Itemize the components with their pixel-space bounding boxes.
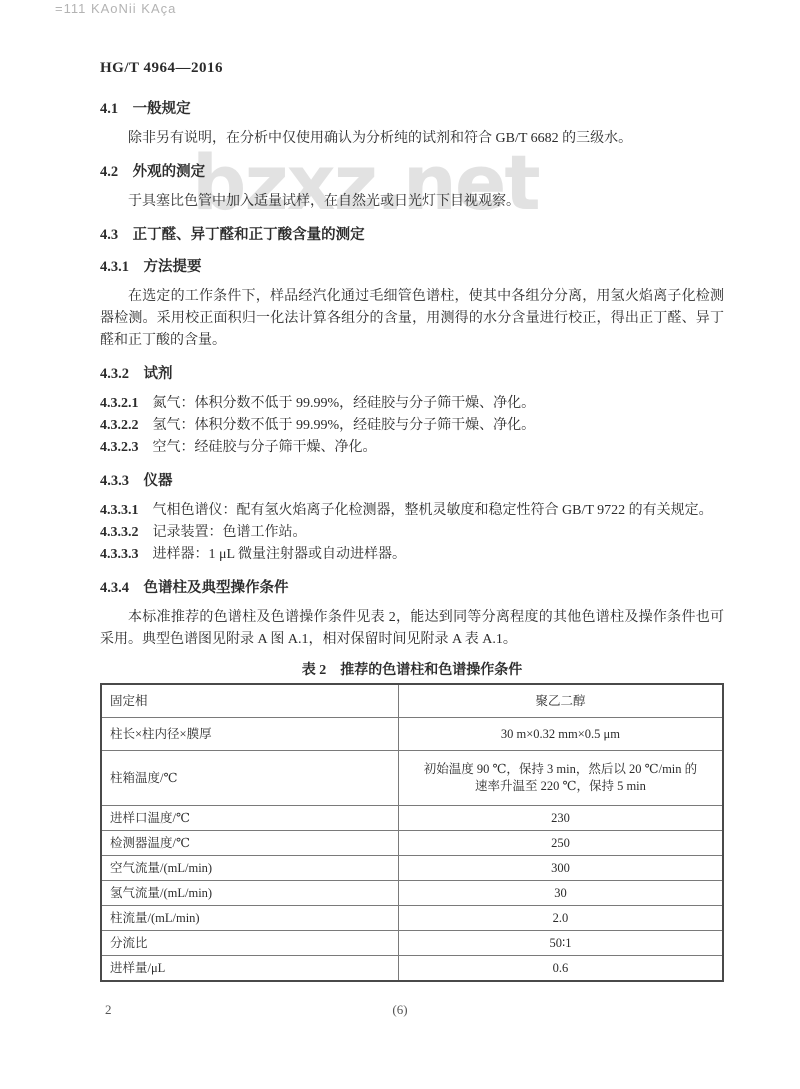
footer-center-number: (6) — [0, 1002, 800, 1018]
paragraph: 除非另有说明，在分析中仅使用确认为分析纯的试剂和符合 GB/T 6682 的三级… — [100, 128, 724, 150]
table-row: 进样量/μL0.6 — [101, 956, 723, 982]
clause-number: 4.3.3.2 — [100, 525, 139, 540]
table-row: 进样口温度/℃230 — [101, 806, 723, 831]
clause-text: 进样器：1 μL 微量注射器或自动进样器。 — [153, 547, 407, 562]
table-caption: 表 2 推荐的色谱柱和色谱操作条件 — [100, 659, 724, 679]
section-heading: 4.3.2 试剂 — [100, 364, 724, 384]
row-value: 聚乙二醇 — [398, 684, 723, 718]
clause-number: 4.3.3.1 — [100, 503, 139, 518]
clause-text: 记录装置：色谱工作站。 — [153, 525, 307, 540]
row-value: 250 — [398, 831, 723, 856]
section-heading: 4.2 外观的测定 — [100, 162, 724, 182]
section-heading: 4.3 正丁醛、异丁醛和正丁酸含量的测定 — [100, 225, 724, 245]
clause-number: 4.3.2.2 — [100, 418, 139, 433]
row-label: 柱箱温度/℃ — [101, 751, 398, 806]
row-value: 2.0 — [398, 906, 723, 931]
clause-text: 氮气：体积分数不低于 99.99%，经硅胶与分子筛干燥、净化。 — [153, 396, 536, 411]
clause-line: 4.3.3.3进样器：1 μL 微量注射器或自动进样器。 — [100, 544, 724, 566]
clause-text: 氢气：体积分数不低于 99.99%，经硅胶与分子筛干燥、净化。 — [153, 418, 536, 433]
table-row: 分流比50∶1 — [101, 931, 723, 956]
clause-text: 空气：经硅胶与分子筛干燥、净化。 — [153, 440, 377, 455]
row-value: 300 — [398, 856, 723, 881]
row-value: 50∶1 — [398, 931, 723, 956]
section-heading: 4.3.3 仪器 — [100, 471, 724, 491]
row-value: 30 m×0.32 mm×0.5 μm — [398, 718, 723, 751]
paragraph: 于具塞比色管中加入适量试样，在自然光或日光灯下目视观察。 — [100, 191, 724, 213]
clause-number: 4.3.2.1 — [100, 396, 139, 411]
clause-number: 4.3.3.3 — [100, 547, 139, 562]
paragraph: 在选定的工作条件下，样品经汽化通过毛细管色谱柱，使其中各组分分离，用氢火焰离子化… — [100, 286, 724, 352]
document-content: HG/T 4964—2016 4.1 一般规定除非另有说明，在分析中仅使用确认为… — [100, 60, 724, 982]
table-row: 柱箱温度/℃初始温度 90 ℃，保持 3 min，然后以 20 ℃/min 的 … — [101, 751, 723, 806]
section-heading: 4.1 一般规定 — [100, 99, 724, 119]
section-heading: 4.3.4 色谱柱及典型操作条件 — [100, 578, 724, 598]
clause-line: 4.3.2.1氮气：体积分数不低于 99.99%，经硅胶与分子筛干燥、净化。 — [100, 393, 724, 415]
row-label: 空气流量/(mL/min) — [101, 856, 398, 881]
table-row: 检测器温度/℃250 — [101, 831, 723, 856]
row-label: 检测器温度/℃ — [101, 831, 398, 856]
row-value: 30 — [398, 881, 723, 906]
table-row: 固定相聚乙二醇 — [101, 684, 723, 718]
clause-line: 4.3.3.1气相色谱仪：配有氢火焰离子化检测器，整机灵敏度和稳定性符合 GB/… — [100, 500, 724, 522]
chromatography-conditions-table: 固定相聚乙二醇柱长×柱内径×膜厚30 m×0.32 mm×0.5 μm柱箱温度/… — [100, 683, 724, 982]
row-value: 初始温度 90 ℃，保持 3 min，然后以 20 ℃/min 的 速率升温至 … — [398, 751, 723, 806]
paragraph: 本标准推荐的色谱柱及色谱操作条件见表 2，能达到同等分离程度的其他色谱柱及操作条… — [100, 607, 724, 651]
row-value: 230 — [398, 806, 723, 831]
clause-number: 4.3.2.3 — [100, 440, 139, 455]
row-label: 分流比 — [101, 931, 398, 956]
clause-line: 4.3.2.2氢气：体积分数不低于 99.99%，经硅胶与分子筛干燥、净化。 — [100, 415, 724, 437]
section-heading: 4.3.1 方法提要 — [100, 257, 724, 277]
body-sections: 4.1 一般规定除非另有说明，在分析中仅使用确认为分析纯的试剂和符合 GB/T … — [100, 99, 724, 651]
standard-doc-number: HG/T 4964—2016 — [100, 60, 724, 77]
clause-text: 气相色谱仪：配有氢火焰离子化检测器，整机灵敏度和稳定性符合 GB/T 9722 … — [153, 503, 713, 518]
document-page: =111 KAoNii KAça bzxz.net HG/T 4964—2016… — [0, 0, 800, 1089]
row-label: 固定相 — [101, 684, 398, 718]
clause-line: 4.3.2.3空气：经硅胶与分子筛干燥、净化。 — [100, 437, 724, 459]
row-label: 进样口温度/℃ — [101, 806, 398, 831]
table-row: 空气流量/(mL/min)300 — [101, 856, 723, 881]
row-label: 柱长×柱内径×膜厚 — [101, 718, 398, 751]
row-label: 进样量/μL — [101, 956, 398, 982]
table-row: 柱流量/(mL/min)2.0 — [101, 906, 723, 931]
table-row: 氢气流量/(mL/min)30 — [101, 881, 723, 906]
clause-line: 4.3.3.2记录装置：色谱工作站。 — [100, 522, 724, 544]
row-label: 柱流量/(mL/min) — [101, 906, 398, 931]
row-value: 0.6 — [398, 956, 723, 982]
row-label: 氢气流量/(mL/min) — [101, 881, 398, 906]
table-row: 柱长×柱内径×膜厚30 m×0.32 mm×0.5 μm — [101, 718, 723, 751]
scan-artifact-header: =111 KAoNii KAça — [55, 1, 176, 16]
